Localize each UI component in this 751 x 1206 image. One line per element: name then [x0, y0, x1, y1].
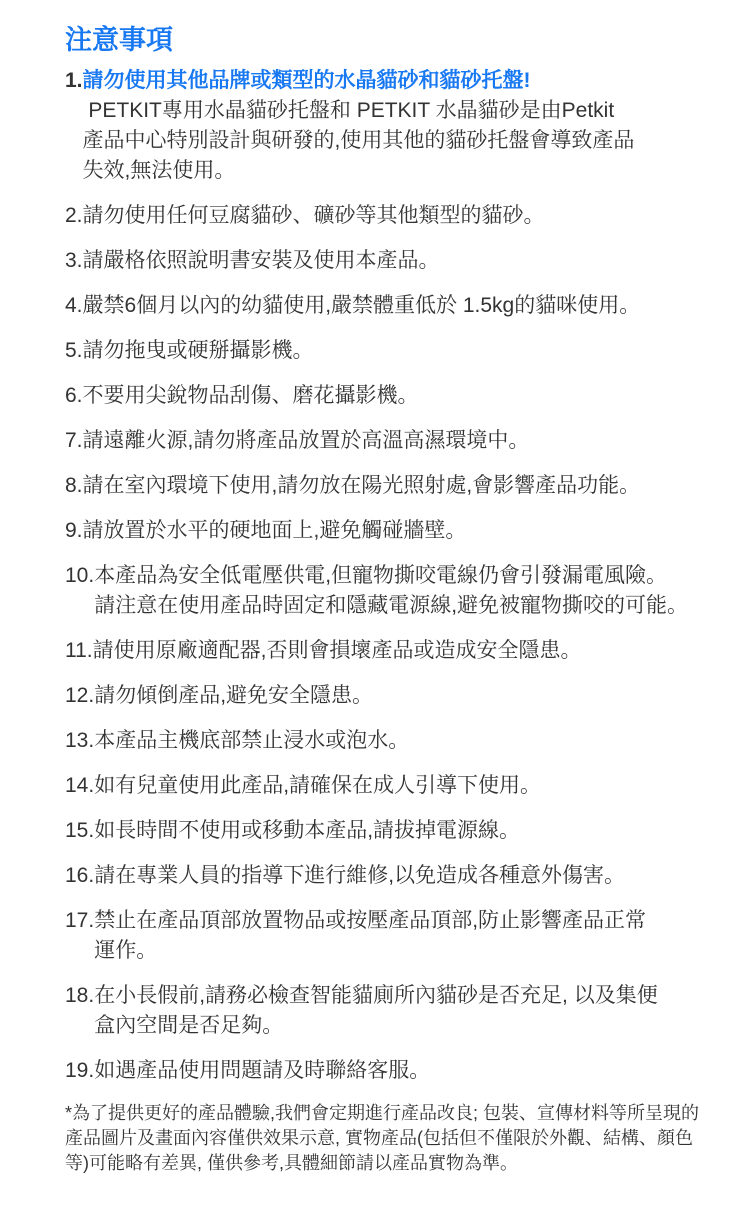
item-lines: 嚴禁6個月以內的幼貓使用,嚴禁體重低於 1.5kg的貓咪使用。 — [83, 291, 721, 321]
item-number: 19. — [65, 1056, 94, 1086]
list-item: 17.禁止在產品頂部放置物品或按壓產品頂部,防止影響產品正常運作。 — [65, 906, 721, 966]
item-number: 6. — [65, 381, 83, 411]
item-number: 14. — [65, 771, 94, 801]
item-line: 產品中心特別設計與研發的,使用其他的貓砂托盤會導致產品 — [83, 126, 721, 156]
notice-list: 1.請勿使用其他品牌或類型的水晶貓砂和貓砂托盤! PETKIT專用水晶貓砂托盤和… — [65, 66, 721, 1086]
list-item: 1.請勿使用其他品牌或類型的水晶貓砂和貓砂托盤! PETKIT專用水晶貓砂托盤和… — [65, 66, 721, 186]
list-item: 2.請勿使用任何豆腐貓砂、礦砂等其他類型的貓砂。 — [65, 201, 721, 231]
item-number: 17. — [65, 906, 94, 936]
item-line: 如遇產品使用問題請及時聯絡客服。 — [94, 1056, 721, 1086]
item-number: 5. — [65, 336, 83, 366]
list-item: 16.請在專業人員的指導下進行維修,以免造成各種意外傷害。 — [65, 861, 721, 891]
item-lines: 不要用尖銳物品刮傷、磨花攝影機。 — [83, 381, 721, 411]
item-lines: 請勿使用其他品牌或類型的水晶貓砂和貓砂托盤! PETKIT專用水晶貓砂托盤和 P… — [83, 66, 721, 186]
list-item: 12.請勿傾倒產品,避免安全隱患。 — [65, 681, 721, 711]
item-line: 請放置於水平的硬地面上,避免觸碰牆壁。 — [83, 516, 721, 546]
list-item: 18.在小長假前,請務必檢查智能貓廁所內貓砂是否充足, 以及集便盒內空間是否足夠… — [65, 981, 721, 1041]
item-line: 如長時間不使用或移動本產品,請拔掉電源線。 — [94, 816, 721, 846]
item-number: 12. — [65, 681, 94, 711]
item-line: 失效,無法使用。 — [83, 156, 721, 186]
list-item: 4.嚴禁6個月以內的幼貓使用,嚴禁體重低於 1.5kg的貓咪使用。 — [65, 291, 721, 321]
list-item: 7.請遠離火源,請勿將產品放置於高溫高濕環境中。 — [65, 426, 721, 456]
item-number: 15. — [65, 816, 94, 846]
list-item: 6.不要用尖銳物品刮傷、磨花攝影機。 — [65, 381, 721, 411]
item-number: 9. — [65, 516, 83, 546]
page-title: 注意事項 — [65, 22, 721, 58]
item-number: 2. — [65, 201, 83, 231]
item-line: 請注意在使用產品時固定和隱藏電源線,避免被寵物撕咬的可能。 — [94, 591, 721, 621]
notice-page: 注意事項 1.請勿使用其他品牌或類型的水晶貓砂和貓砂托盤! PETKIT專用水晶… — [0, 0, 751, 1206]
list-item: 8.請在室內環境下使用,請勿放在陽光照射處,會影響產品功能。 — [65, 471, 721, 501]
item-number: 13. — [65, 726, 94, 756]
item-lines: 請遠離火源,請勿將產品放置於高溫高濕環境中。 — [83, 426, 721, 456]
item-line: 請在專業人員的指導下進行維修,以免造成各種意外傷害。 — [94, 861, 721, 891]
item-lines: 如有兒童使用此產品,請確保在成人引導下使用。 — [94, 771, 721, 801]
item-number: 4. — [65, 291, 83, 321]
footnote-line: *為了提供更好的產品體驗,我們會定期進行產品改良; 包裝、宣傳材料等所呈現的 — [65, 1101, 721, 1126]
item-lines: 請放置於水平的硬地面上,避免觸碰牆壁。 — [83, 516, 721, 546]
item-line: 請在室內環境下使用,請勿放在陽光照射處,會影響產品功能。 — [83, 471, 721, 501]
item-line-highlight: 請勿使用其他品牌或類型的水晶貓砂和貓砂托盤! — [83, 66, 721, 96]
footnote-line: 產品圖片及畫面內容僅供效果示意, 實物產品(包括但不僅限於外觀、結構、顏色 — [65, 1126, 721, 1151]
item-line: PETKIT專用水晶貓砂托盤和 PETKIT 水晶貓砂是由Petkit — [83, 96, 721, 126]
item-line: 不要用尖銳物品刮傷、磨花攝影機。 — [83, 381, 721, 411]
item-lines: 請勿拖曳或硬掰攝影機。 — [83, 336, 721, 366]
item-lines: 請勿傾倒產品,避免安全隱患。 — [94, 681, 721, 711]
item-lines: 請使用原廠適配器,否則會損壞產品或造成安全隱患。 — [93, 636, 721, 666]
item-number: 8. — [65, 471, 83, 501]
item-lines: 本產品為安全低電壓供電,但寵物撕咬電線仍會引發漏電風險。請注意在使用產品時固定和… — [94, 561, 721, 621]
item-lines: 請嚴格依照說明書安裝及使用本產品。 — [83, 246, 721, 276]
item-line: 運作。 — [94, 936, 721, 966]
item-lines: 在小長假前,請務必檢查智能貓廁所內貓砂是否充足, 以及集便盒內空間是否足夠。 — [94, 981, 721, 1041]
item-number: 11. — [65, 636, 93, 666]
item-lines: 請在專業人員的指導下進行維修,以免造成各種意外傷害。 — [94, 861, 721, 891]
item-number: 3. — [65, 246, 83, 276]
list-item: 5.請勿拖曳或硬掰攝影機。 — [65, 336, 721, 366]
item-line: 嚴禁6個月以內的幼貓使用,嚴禁體重低於 1.5kg的貓咪使用。 — [83, 291, 721, 321]
item-line: 盒內空間是否足夠。 — [94, 1011, 721, 1041]
list-item: 13.本產品主機底部禁止浸水或泡水。 — [65, 726, 721, 756]
item-number: 1. — [65, 66, 83, 96]
item-line: 請勿使用任何豆腐貓砂、礦砂等其他類型的貓砂。 — [83, 201, 721, 231]
list-item: 14.如有兒童使用此產品,請確保在成人引導下使用。 — [65, 771, 721, 801]
item-line: 請遠離火源,請勿將產品放置於高溫高濕環境中。 — [83, 426, 721, 456]
item-lines: 如遇產品使用問題請及時聯絡客服。 — [94, 1056, 721, 1086]
footnote: *為了提供更好的產品體驗,我們會定期進行產品改良; 包裝、宣傳材料等所呈現的產品… — [65, 1101, 721, 1176]
list-item: 9.請放置於水平的硬地面上,避免觸碰牆壁。 — [65, 516, 721, 546]
list-item: 3.請嚴格依照說明書安裝及使用本產品。 — [65, 246, 721, 276]
item-number: 16. — [65, 861, 94, 891]
item-lines: 本產品主機底部禁止浸水或泡水。 — [94, 726, 721, 756]
item-line: 請使用原廠適配器,否則會損壞產品或造成安全隱患。 — [93, 636, 721, 666]
item-number: 10. — [65, 561, 94, 591]
footnote-line: 等)可能略有差異, 僅供參考,具體細節請以產品實物為準。 — [65, 1151, 721, 1176]
item-line: 本產品主機底部禁止浸水或泡水。 — [94, 726, 721, 756]
list-item: 11.請使用原廠適配器,否則會損壞產品或造成安全隱患。 — [65, 636, 721, 666]
item-number: 7. — [65, 426, 83, 456]
item-lines: 請在室內環境下使用,請勿放在陽光照射處,會影響產品功能。 — [83, 471, 721, 501]
item-number: 18. — [65, 981, 94, 1011]
list-item: 19.如遇產品使用問題請及時聯絡客服。 — [65, 1056, 721, 1086]
list-item: 10.本產品為安全低電壓供電,但寵物撕咬電線仍會引發漏電風險。請注意在使用產品時… — [65, 561, 721, 621]
item-line: 如有兒童使用此產品,請確保在成人引導下使用。 — [94, 771, 721, 801]
item-line: 禁止在產品頂部放置物品或按壓產品頂部,防止影響產品正常 — [94, 906, 721, 936]
item-line: 請勿拖曳或硬掰攝影機。 — [83, 336, 721, 366]
item-line: 本產品為安全低電壓供電,但寵物撕咬電線仍會引發漏電風險。 — [94, 561, 721, 591]
item-line: 在小長假前,請務必檢查智能貓廁所內貓砂是否充足, 以及集便 — [94, 981, 721, 1011]
item-lines: 請勿使用任何豆腐貓砂、礦砂等其他類型的貓砂。 — [83, 201, 721, 231]
item-lines: 禁止在產品頂部放置物品或按壓產品頂部,防止影響產品正常運作。 — [94, 906, 721, 966]
item-lines: 如長時間不使用或移動本產品,請拔掉電源線。 — [94, 816, 721, 846]
item-line: 請勿傾倒產品,避免安全隱患。 — [94, 681, 721, 711]
list-item: 15.如長時間不使用或移動本產品,請拔掉電源線。 — [65, 816, 721, 846]
item-line: 請嚴格依照說明書安裝及使用本產品。 — [83, 246, 721, 276]
